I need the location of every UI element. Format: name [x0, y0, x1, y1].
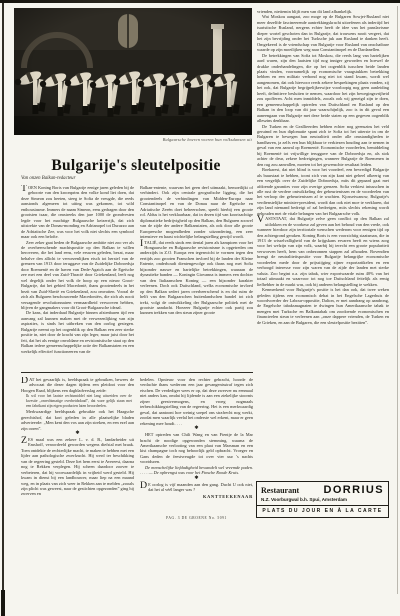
paragraph: ZES maal was een zekere L. v. d. B., lan…	[21, 437, 134, 497]
columnist-signature: KANTTEEKENAAR	[140, 494, 253, 499]
article-column-1: TOEN Koning Boris van Bulgarije eenige j…	[21, 185, 134, 370]
page-edge-right	[397, 6, 398, 594]
ad-address: N.Z. Voorburgwal b.h. Spui, Amsterdam	[261, 497, 384, 502]
page-footer: PAG. 3 DE GROENE No. 5091	[140, 516, 253, 520]
paragraph: Wat Moskou aangaat, zoo moge op de Bulga…	[257, 14, 389, 52]
paragraph: VASTSTAAT, dat Bulgarije zelve geen conf…	[257, 216, 389, 287]
page-edge-left-mark	[1, 590, 5, 616]
photo-caption: Bulgaarsche boeren voeren hun volksdanse…	[14, 137, 252, 142]
paragraph: bedelen. Opnieuw voor den rechter gebrac…	[140, 377, 253, 426]
paragraph: Zeer zeker gaat heden de Bulgaarsche amb…	[21, 240, 134, 311]
paragraph: TOEN Koning Boris van Bulgarije eenige j…	[21, 185, 134, 240]
paragraph: De Turken en de Geallieerden hebben echt…	[257, 124, 389, 168]
section-divider-rule	[21, 372, 253, 373]
notes-column-2: bedelen. Opnieuw voor den rechter gebrac…	[140, 377, 253, 513]
ad-name-row: Restaurant DORRIUS	[261, 484, 384, 496]
paragraph: Kenmerkend voor Bulgarije's positie is h…	[257, 287, 389, 325]
paragraph: DE oorlog is vijf maanden aan den gang. …	[140, 482, 253, 493]
paragraph: ITALIË, dat reeds sinds een tiental jare…	[140, 240, 253, 316]
paragraph: De betrekkingen van Sofia tot Moskou, di…	[257, 53, 389, 124]
paragraph: Boekarest, dat niet blind is voor het vo…	[257, 167, 389, 216]
ad-restaurant-label: Restaurant	[261, 486, 299, 495]
ad-tagline: PLATS DU JOUR EN À LA CARTE	[257, 505, 388, 517]
page-edge-top	[0, 0, 400, 3]
paragraph: Balkan-entente, waarvan het geen deel ui…	[140, 185, 253, 240]
paragraph: De menschelijke liefdadigheid bewandelt …	[140, 465, 253, 476]
paragraph: Merkwaardige beeldspraak gebruikte ook h…	[21, 409, 134, 431]
restaurant-dorrius-ad: Restaurant DORRIUS N.Z. Voorburgwal b.h.…	[256, 481, 389, 518]
page-edge-left	[2, 3, 4, 606]
ad-restaurant-name: DORRIUS	[323, 484, 384, 496]
quoted-passage: Ik wil voor het laatste rechtsmiddel nie…	[21, 393, 134, 409]
folk-dancers-illustration	[14, 8, 252, 135]
paragraph: DAT het gevaarlijk is, beeldspraak te ge…	[21, 377, 134, 393]
article-headline: Bulgarije's sleutelpositie	[16, 157, 256, 175]
paragraph: De kans, dat inderdaad Bulgarije binnen …	[21, 310, 134, 354]
article-byline: Van onzen Balkan-redacteur	[21, 176, 134, 181]
notes-column-1: DAT het gevaarlijk is, beeldspraak te ge…	[21, 377, 134, 515]
article-column-3: vrienden, niettemin blijft men van dit l…	[257, 9, 389, 477]
paragraph: HET optreden van Chili Wang en van Fient…	[140, 432, 253, 465]
news-photo-folk-dancers	[14, 8, 252, 135]
article-column-2: Balkan-entente, waarvan het geen deel ui…	[140, 185, 253, 370]
